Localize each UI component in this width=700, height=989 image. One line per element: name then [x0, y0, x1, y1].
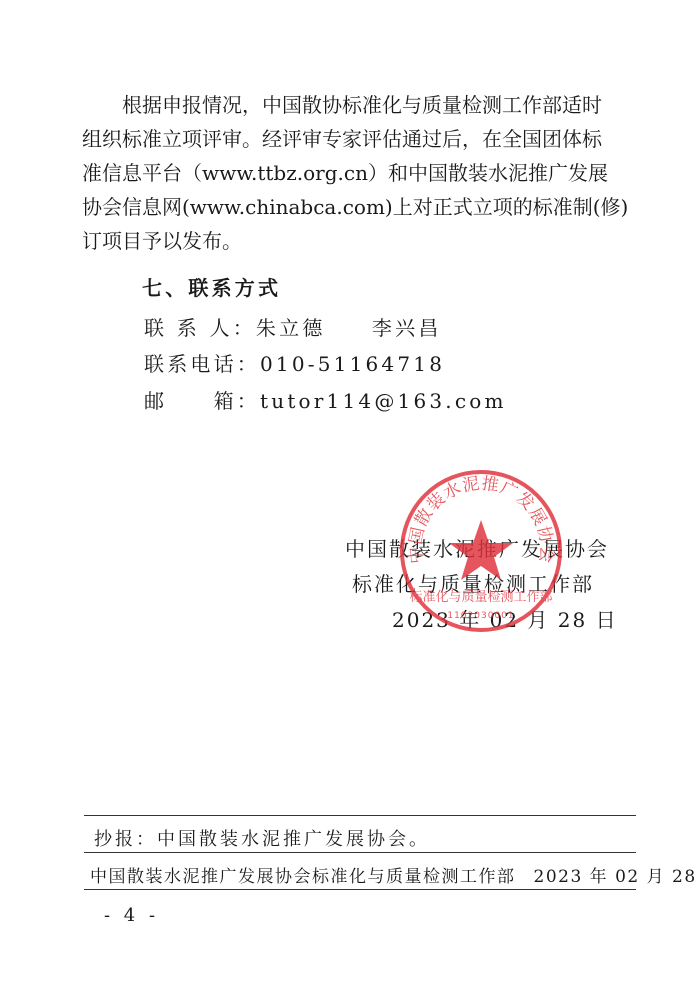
footer-rule-middle — [84, 852, 636, 853]
issue-date: 2023 年 02 月 28 日印发 — [534, 867, 700, 887]
contact-person-row: 联 系 人：朱立德 李兴昌 — [144, 312, 442, 341]
email-row: 邮 箱：tutor114@163.com — [144, 385, 507, 414]
contact-person-value: 朱立德 李兴昌 — [256, 316, 442, 340]
footer-rule-bottom — [84, 889, 636, 890]
paragraph-line: 组织标准立项评审。经评审专家评估通过后，在全国团体标 — [82, 122, 642, 156]
email-value: tutor114@163.com — [260, 389, 507, 413]
contact-person-label: 联 系 人： — [144, 316, 256, 340]
paragraph-line: 订项目予以发布。 — [82, 224, 642, 258]
phone-label: 联系电话： — [144, 352, 260, 376]
cc-row: 抄报：中国散装水泥推广发展协会。 — [94, 825, 430, 851]
cc-label: 抄报： — [94, 829, 157, 850]
phone-row: 联系电话：010-51164718 — [144, 348, 445, 377]
contact-heading: 七、联系方式 — [142, 272, 281, 301]
svg-text:1102030001: 1102030001 — [447, 611, 514, 621]
paragraph-line: 协会信息网(www.chinabca.com)上对正式立项的标准制(修) — [82, 190, 642, 224]
paragraph-line: 准信息平台（www.ttbz.org.cn）和中国散装水泥推广发展 — [82, 156, 642, 190]
footer-rule-top — [84, 815, 636, 816]
official-seal-icon: 中国散装水泥推广发展协会 标准化与质量检测工作部 1102030001 — [398, 468, 564, 634]
cc-value: 中国散装水泥推广发展协会。 — [157, 829, 430, 850]
svg-text:标准化与质量检测工作部: 标准化与质量检测工作部 — [409, 589, 552, 605]
paragraph-line: 根据申报情况，中国散协标准化与质量检测工作部适时 — [82, 88, 642, 122]
page-number: - 4 - — [104, 905, 159, 926]
issuer-name: 中国散装水泥推广发展协会标准化与质量检测工作部 — [90, 867, 516, 887]
body-paragraph: 根据申报情况，中国散协标准化与质量检测工作部适时 组织标准立项评审。经评审专家评… — [82, 88, 642, 258]
phone-value: 010-51164718 — [260, 352, 445, 376]
issuer-row: 中国散装水泥推广发展协会标准化与质量检测工作部2023 年 02 月 28 日印… — [90, 862, 700, 887]
email-label: 邮 箱： — [144, 389, 260, 413]
